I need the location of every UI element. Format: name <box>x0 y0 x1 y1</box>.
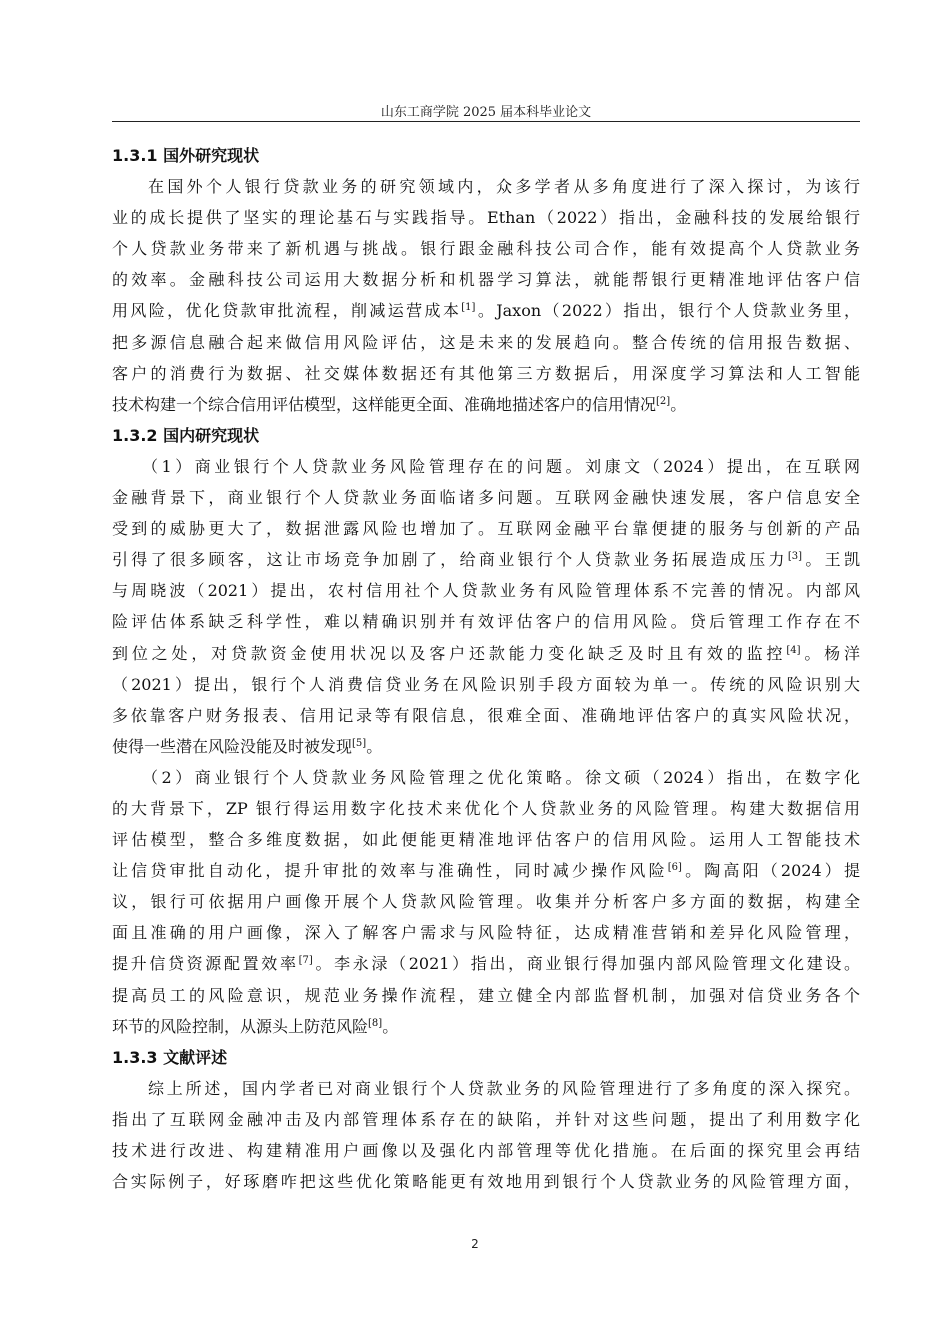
text-line: （2）商业银行个人贷款业务风险管理之优化策略。徐文硕（2024）指出，在数字化 <box>112 762 860 793</box>
text-span: 引得了很多顾客，这让市场竞争加剧了，给商业银行个人贷款业务拓展造成压力 <box>112 550 788 569</box>
citation-ref: [7] <box>299 955 313 966</box>
text-line: 提升信贷资源配置效率[7]。李永渌（2021）指出，商业银行得加强内部风险管理文… <box>112 948 860 979</box>
text-line: 合实际例子，好琢磨咋把这些优化策略能更有效地用到银行个人贷款业务的风险管理方面， <box>112 1166 860 1197</box>
citation-ref: [1] <box>461 302 475 313</box>
text-span: 让信贷审批自动化，提升审批的效率与准确性，同时减少操作风险 <box>112 861 668 880</box>
paragraph-domestic-problems: （1）商业银行个人贷款业务风险管理存在的问题。刘康文（2024）提出，在互联网 … <box>112 451 860 762</box>
text-line: 在国外个人银行贷款业务的研究领域内，众多学者从多角度进行了深入探讨，为该行 <box>112 171 860 202</box>
text-line: 使得一些潜在风险没能及时被发现[5]。 <box>112 731 860 762</box>
text-span: 。Jaxon（2022）指出，银行个人贷款业务里， <box>475 301 860 320</box>
section-heading-1-3-2: 1.3.2 国内研究现状 <box>112 420 860 451</box>
text-line: 金融背景下，商业银行个人贷款业务面临诸多问题。互联网金融快速发展，客户信息安全 <box>112 482 860 513</box>
text-span: 。王凯 <box>802 550 860 569</box>
text-span: 。 <box>366 737 382 756</box>
text-line: 个人贷款业务带来了新机遇与挑战。银行跟金融科技公司合作，能有效提高个人贷款业务 <box>112 233 860 264</box>
citation-ref: [5] <box>352 738 366 749</box>
text-line: （2021）提出，银行个人消费信贷业务在风险识别手段方面较为单一。传统的风险识别… <box>112 669 860 700</box>
paragraph-domestic-strategies: （2）商业银行个人贷款业务风险管理之优化策略。徐文硕（2024）指出，在数字化 … <box>112 762 860 1042</box>
section-heading-1-3-1: 1.3.1 国外研究现状 <box>112 140 860 171</box>
text-span: 。杨洋 <box>800 644 860 663</box>
paragraph-foreign-research: 在国外个人银行贷款业务的研究领域内，众多学者从多角度进行了深入探讨，为该行 业的… <box>112 171 860 420</box>
paragraph-literature-review: 综上所述，国内学者已对商业银行个人贷款业务的风险管理进行了多角度的深入探究。 指… <box>112 1073 860 1197</box>
text-line: 与周晓波（2021）提出，农村信用社个人贷款业务有风险管理体系不完善的情况。内部… <box>112 575 860 606</box>
text-line: 面且准确的用户画像，深入了解客户需求与风险特征，达成精准营销和差异化风险管理， <box>112 917 860 948</box>
page-number: 2 <box>0 1237 950 1251</box>
text-line: 多依靠客户财务报表、信用记录等有限信息，很难全面、准确地评估客户的真实风险状况， <box>112 700 860 731</box>
header-divider <box>112 121 860 122</box>
text-line: （1）商业银行个人贷款业务风险管理存在的问题。刘康文（2024）提出，在互联网 <box>112 451 860 482</box>
text-span: 环节的风险控制，从源头上防范风险 <box>112 1017 368 1036</box>
text-line: 的效率。金融科技公司运用大数据分析和机器学习算法，就能帮银行更精准地评估客户信 <box>112 264 860 295</box>
text-line: 议，银行可依据用户画像开展个人贷款风险管理。收集并分析客户多方面的数据，构建全 <box>112 886 860 917</box>
text-line: 评估模型，整合多维度数据，如此便能更精准地评估客户的信用风险。运用人工智能技术 <box>112 824 860 855</box>
text-span: 提升信贷资源配置效率 <box>112 954 299 973</box>
text-span: 。李永渌（2021）指出，商业银行得加强内部风险管理文化建设。 <box>313 954 860 973</box>
text-line: 的大背景下，ZP 银行得运用数字化技术来优化个人贷款业务的风险管理。构建大数据信… <box>112 793 860 824</box>
text-line: 引得了很多顾客，这让市场竞争加剧了，给商业银行个人贷款业务拓展造成压力[3]。王… <box>112 544 860 575</box>
text-line: 把多源信息融合起来做信用风险评估，这是未来的发展趋向。整合传统的信用报告数据、 <box>112 327 860 358</box>
text-span: 。 <box>670 395 686 414</box>
citation-ref: [6] <box>668 862 682 873</box>
text-line: 客户的消费行为数据、社交媒体数据还有其他第三方数据后，用深度学习算法和人工智能 <box>112 358 860 389</box>
text-line: 环节的风险控制，从源头上防范风险[8]。 <box>112 1011 860 1042</box>
text-span: 使得一些潜在风险没能及时被发现 <box>112 737 352 756</box>
page-body: 1.3.1 国外研究现状 在国外个人银行贷款业务的研究领域内，众多学者从多角度进… <box>112 140 860 1197</box>
text-line: 提高员工的风险意识，规范业务操作流程，建立健全内部监督机制，加强对信贷业务各个 <box>112 980 860 1011</box>
text-line: 到位之处，对贷款资金使用状况以及客户还款能力变化缺乏及时且有效的监控[4]。杨洋 <box>112 638 860 669</box>
text-line: 综上所述，国内学者已对商业银行个人贷款业务的风险管理进行了多角度的深入探究。 <box>112 1073 860 1104</box>
text-line: 指出了互联网金融冲击及内部管理体系存在的缺陷，并针对这些问题，提出了利用数字化 <box>112 1104 860 1135</box>
citation-ref: [2] <box>656 396 670 407</box>
text-line: 让信贷审批自动化，提升审批的效率与准确性，同时减少操作风险[6]。陶高阳（202… <box>112 855 860 886</box>
text-span: 到位之处，对贷款资金使用状况以及客户还款能力变化缺乏及时且有效的监控 <box>112 644 786 663</box>
text-span: 。 <box>382 1017 398 1036</box>
section-heading-1-3-3: 1.3.3 文献评述 <box>112 1042 860 1073</box>
text-line: 技术构建一个综合信用评估模型，这样能更全面、准确地描述客户的信用情况[2]。 <box>112 389 860 420</box>
text-line: 险评估体系缺乏科学性，难以精确识别并有效评估客户的信用风险。贷后管理工作存在不 <box>112 606 860 637</box>
text-line: 用风险，优化贷款审批流程，削减运营成本[1]。Jaxon（2022）指出，银行个… <box>112 295 860 326</box>
text-line: 业的成长提供了坚实的理论基石与实践指导。Ethan（2022）指出，金融科技的发… <box>112 202 860 233</box>
text-span: 技术构建一个综合信用评估模型，这样能更全面、准确地描述客户的信用情况 <box>112 395 656 414</box>
text-span: 用风险，优化贷款审批流程，削减运营成本 <box>112 301 461 320</box>
text-span: 。陶高阳（2024）提 <box>682 861 860 880</box>
citation-ref: [3] <box>788 551 802 562</box>
text-line: 技术进行改进、构建精准用户画像以及强化内部管理等优化措施。在后面的探究里会再结 <box>112 1135 860 1166</box>
citation-ref: [4] <box>786 645 800 656</box>
page-header: 山东工商学院 2025 届本科毕业论文 <box>112 101 860 120</box>
citation-ref: [8] <box>368 1018 382 1029</box>
text-line: 受到的威胁更大了，数据泄露风险也增加了。互联网金融平台靠便捷的服务与创新的产品 <box>112 513 860 544</box>
